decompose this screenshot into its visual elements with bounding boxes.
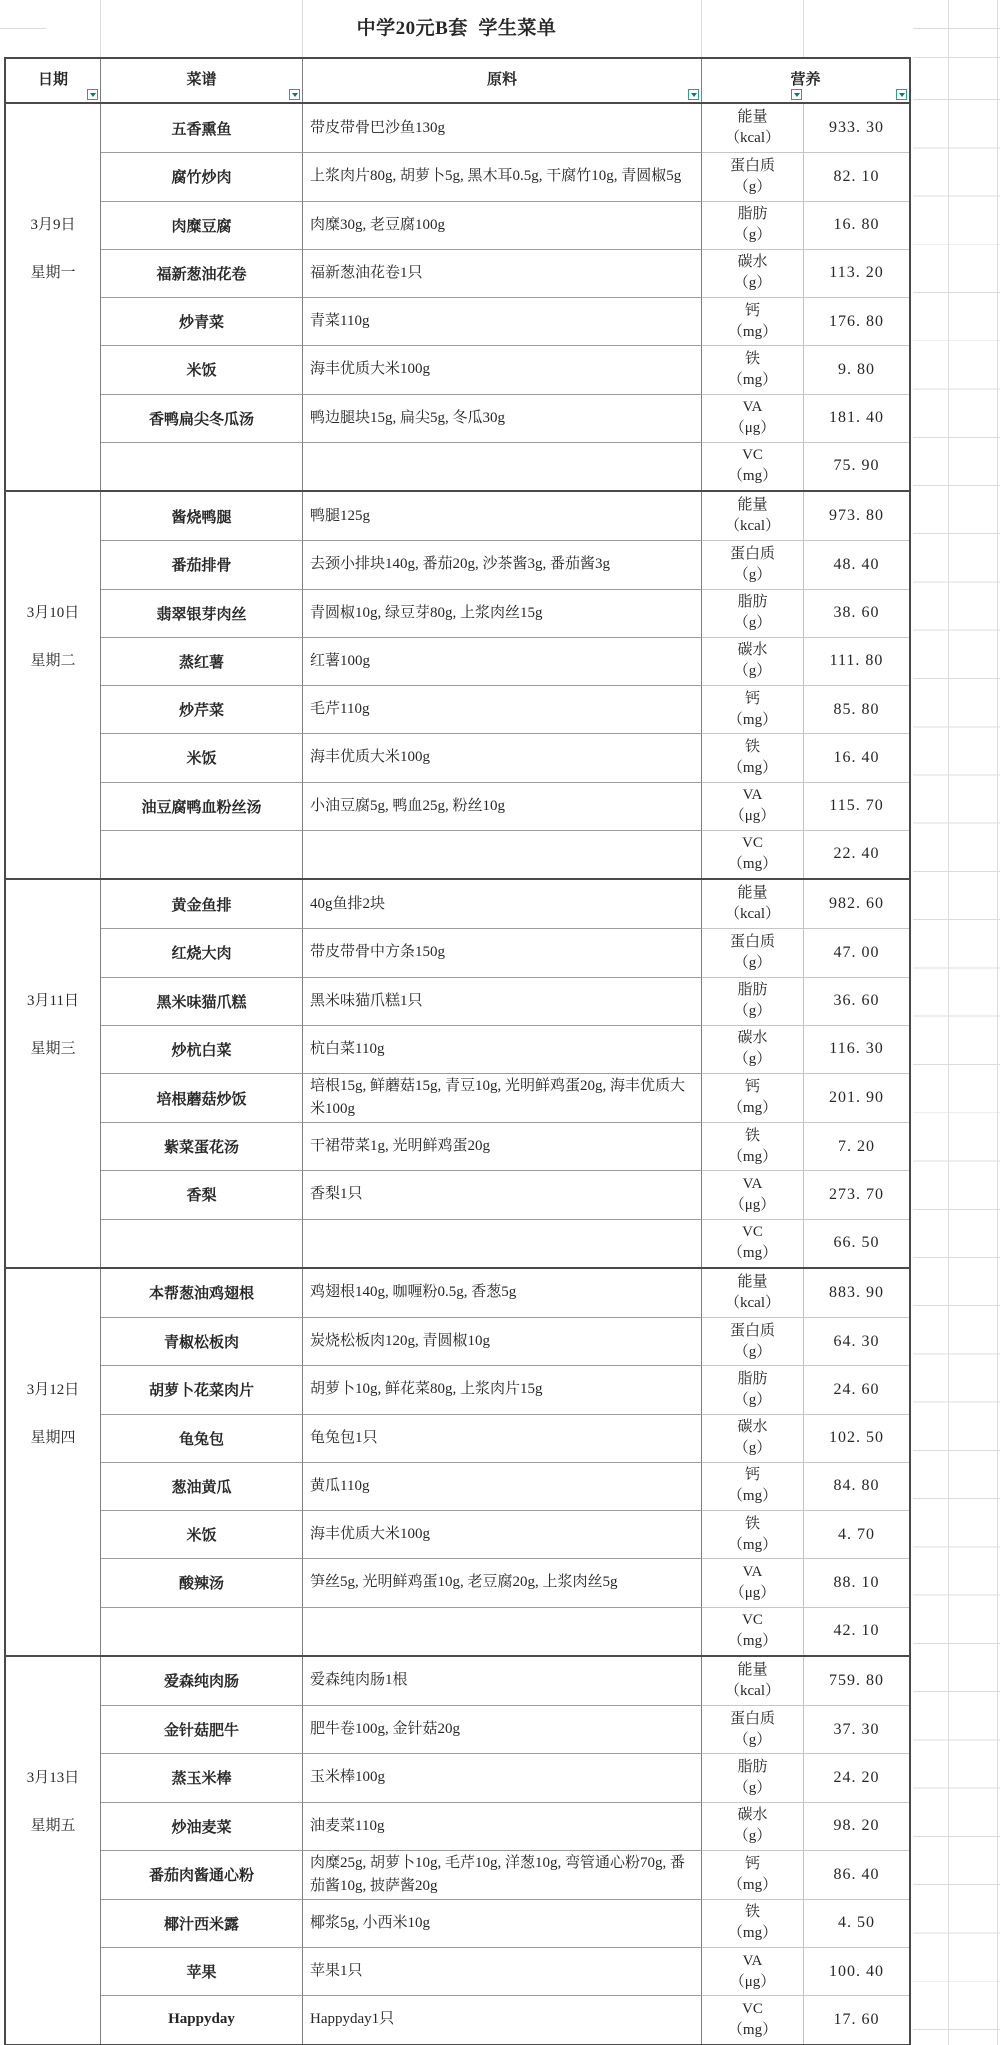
ingredients-cell[interactable]: 带皮带骨中方条150g [303, 928, 702, 976]
nutrient-name: VA [743, 1174, 763, 1195]
dish-cell[interactable]: 红烧大肉 [101, 928, 303, 976]
nutrient-unit: （mg） [728, 322, 777, 343]
date-text: 3月11日星期三 [27, 977, 79, 1074]
nutrient-label-cell[interactable]: 脂肪（g） [702, 977, 804, 1025]
dish-cell[interactable]: 香鸭扁尖冬瓜汤 [101, 394, 303, 442]
nutrient-name: 脂肪 [737, 204, 767, 225]
nutrient-label-cell[interactable]: 碳水（g） [702, 249, 804, 297]
ingredients-text: 干裙带菜1g, 光明鲜鸡蛋20g [310, 1135, 490, 1158]
nutrient-value-cell[interactable]: 38. 60 [804, 589, 909, 637]
nutrient-label-cell[interactable]: 能量（kcal） [702, 1269, 804, 1317]
ingredients-cell[interactable]: 青圆椒10g, 绿豆芽80g, 上浆肉丝15g [303, 589, 702, 637]
column-header-ingredients-label: 原料 [487, 68, 517, 89]
nutrient-value-cell[interactable]: 84. 80 [804, 1462, 909, 1510]
dish-cell[interactable]: 油豆腐鸭血粉丝汤 [101, 782, 303, 830]
nutrient-name: 钙 [745, 301, 760, 322]
nutrient-unit: （g） [734, 1001, 772, 1022]
ingredients-text: 香梨1只 [310, 1183, 363, 1206]
table-header: 日期 菜谱 原料 营养 [6, 59, 909, 104]
nutrient-name: 铁 [745, 349, 760, 370]
dish-cell[interactable]: 炒芹菜 [101, 685, 303, 733]
ingredients-cell[interactable]: 青菜110g [303, 297, 702, 345]
ingredients-text: 去颈小排块140g, 番茄20g, 沙茶酱3g, 番茄酱3g [310, 553, 610, 576]
ingredients-cell[interactable]: Happyday1只 [303, 1995, 702, 2043]
ingredients-text: Happyday1只 [310, 2008, 394, 2031]
nutrient-value-cell[interactable]: 982. 60 [804, 880, 909, 928]
dish-cell[interactable]: 本帮葱油鸡翅根 [101, 1269, 303, 1317]
nutrient-value-cell[interactable]: 86. 40 [804, 1850, 909, 1899]
ingredients-text: 40g鱼排2块 [310, 893, 385, 916]
nutrient-value-cell[interactable]: 85. 80 [804, 685, 909, 733]
nutrient-value-cell[interactable]: 113. 20 [804, 249, 909, 297]
nutrient-unit: （μg） [730, 806, 776, 827]
ingredients-cell[interactable] [303, 1607, 702, 1655]
ingredients-text: 肥牛卷100g, 金针菇20g [310, 1718, 460, 1741]
dish-cell[interactable]: 米饭 [101, 733, 303, 781]
ingredients-cell[interactable]: 上浆肉片80g, 胡萝卜5g, 黑木耳0.5g, 干腐竹10g, 青圆椒5g [303, 152, 702, 200]
dish-cell[interactable]: 培根蘑菇炒饭 [101, 1073, 303, 1122]
nutrient-value-cell[interactable]: 201. 90 [804, 1073, 909, 1122]
date-cell[interactable]: 3月11日星期三 [6, 880, 101, 1267]
dish-cell[interactable]: 番茄排骨 [101, 540, 303, 588]
nutrient-label-cell[interactable]: VC（mg） [702, 1219, 804, 1267]
nutrient-label-cell[interactable]: 脂肪（g） [702, 201, 804, 249]
nutrient-value-cell[interactable]: 759. 80 [804, 1657, 909, 1705]
nutrient-unit: （g） [734, 661, 772, 682]
nutrient-name: 钙 [745, 1465, 760, 1486]
nutrient-name: 钙 [745, 689, 760, 710]
nutrient-name: 能量 [737, 107, 767, 128]
filter-dropdown-icon[interactable] [791, 89, 802, 100]
nutrient-name: 脂肪 [737, 980, 767, 1001]
ingredients-text: 杭白菜110g [310, 1038, 384, 1061]
day-block: 3月12日星期四本帮葱油鸡翅根鸡翅根140g, 咖喱粉0.5g, 香葱5g能量（… [6, 1267, 909, 1655]
nutrient-unit: （mg） [728, 466, 777, 487]
ingredients-text: 龟兔包1只 [310, 1427, 378, 1450]
nutrient-unit: （mg） [728, 2020, 777, 2041]
ingredients-text: 鸭边腿块15g, 扁尖5g, 冬瓜30g [310, 407, 505, 430]
ingredients-text: 黄瓜110g [310, 1475, 369, 1498]
ingredients-cell[interactable]: 鸡翅根140g, 咖喱粉0.5g, 香葱5g [303, 1269, 702, 1317]
nutrient-value-cell[interactable]: 16. 80 [804, 201, 909, 249]
nutrient-label-cell[interactable]: 钙（mg） [702, 1073, 804, 1122]
nutrient-label-cell[interactable]: VA（μg） [702, 394, 804, 442]
nutrient-unit: （g） [734, 953, 772, 974]
nutrient-label-cell[interactable]: 脂肪（g） [702, 589, 804, 637]
dish-cell[interactable]: 黑米味猫爪糕 [101, 977, 303, 1025]
nutrient-label-cell[interactable]: 铁（mg） [702, 1510, 804, 1558]
nutrient-unit: （kcal） [725, 1681, 780, 1702]
ingredients-text: 带皮带骨中方条150g [310, 941, 445, 964]
nutrient-name: 蛋白质 [730, 932, 775, 953]
nutrient-unit: （μg） [730, 1195, 776, 1216]
nutrient-unit: （mg） [728, 1147, 777, 1168]
ingredients-cell[interactable]: 椰浆5g, 小西米10g [303, 1899, 702, 1947]
nutrient-unit: （mg） [728, 1243, 777, 1264]
date-text: 3月10日星期二 [27, 589, 80, 686]
ingredients-text: 苹果1只 [310, 1960, 363, 1983]
nutrient-label-cell[interactable]: 钙（mg） [702, 1850, 804, 1899]
nutrient-label-cell[interactable]: VC（mg） [702, 1607, 804, 1655]
nutrient-value-cell[interactable]: 82. 10 [804, 152, 909, 200]
nutrient-unit: （g） [734, 273, 772, 294]
date-label: 3月12日 [27, 1365, 80, 1413]
nutrient-name: 碳水 [737, 252, 767, 273]
nutrient-value-cell[interactable]: 116. 30 [804, 1025, 909, 1073]
date-cell[interactable]: 3月9日星期一 [6, 104, 101, 490]
ingredients-cell[interactable]: 龟兔包1只 [303, 1414, 702, 1462]
dish-cell[interactable]: 福新葱油花卷 [101, 249, 303, 297]
gridline [913, 28, 1000, 29]
dish-cell[interactable]: 胡萝卜花菜肉片 [101, 1365, 303, 1413]
nutrient-unit: （g） [734, 1342, 772, 1363]
nutrient-value-cell[interactable]: 102. 50 [804, 1414, 909, 1462]
nutrient-label-cell[interactable]: 蛋白质（g） [702, 1317, 804, 1365]
ingredients-cell[interactable]: 鸭边腿块15g, 扁尖5g, 冬瓜30g [303, 394, 702, 442]
ingredients-cell[interactable]: 去颈小排块140g, 番茄20g, 沙茶酱3g, 番茄酱3g [303, 540, 702, 588]
ingredients-cell[interactable]: 肥牛卷100g, 金针菇20g [303, 1705, 702, 1753]
menu-table: 日期 菜谱 原料 营养 3月9日星期一五香熏鱼带皮带骨巴沙鱼130g能量（kca… [4, 57, 911, 2045]
nutrient-value-cell[interactable]: 7. 20 [804, 1122, 909, 1170]
ingredients-cell[interactable]: 爱森纯肉肠1根 [303, 1657, 702, 1705]
ingredients-text: 炭烧松板肉120g, 青圆椒10g [310, 1330, 490, 1353]
ingredients-cell[interactable]: 海丰优质大米100g [303, 345, 702, 393]
nutrient-unit: （mg） [728, 710, 777, 731]
nutrient-label-cell[interactable]: VA（μg） [702, 1558, 804, 1606]
nutrient-unit: （g） [734, 1438, 772, 1459]
nutrient-label-cell[interactable]: 能量（kcal） [702, 880, 804, 928]
nutrient-label-cell[interactable]: 能量（kcal） [702, 104, 804, 152]
nutrient-label-cell[interactable]: 脂肪（g） [702, 1365, 804, 1413]
nutrient-name: 钙 [745, 1854, 760, 1875]
spreadsheet: 中学20元B套 学生菜单 日期 菜谱 原料 营养 3月9日星期一五香熏鱼带皮带骨… [0, 0, 1000, 2045]
nutrient-label-cell[interactable]: 碳水（g） [702, 637, 804, 685]
nutrient-label-cell[interactable]: 钙（mg） [702, 297, 804, 345]
ingredients-cell[interactable]: 小油豆腐5g, 鸭血25g, 粉丝10g [303, 782, 702, 830]
ingredients-cell[interactable]: 油麦菜110g [303, 1802, 702, 1850]
nutrient-label-cell[interactable]: 蛋白质（g） [702, 1705, 804, 1753]
dish-cell[interactable]: 炒青菜 [101, 297, 303, 345]
ingredients-cell[interactable]: 玉米棒100g [303, 1753, 702, 1801]
nutrient-value-cell[interactable]: 24. 20 [804, 1753, 909, 1801]
ingredients-cell[interactable]: 杭白菜110g [303, 1025, 702, 1073]
date-text: 3月12日星期四 [27, 1365, 80, 1462]
nutrient-value-cell[interactable]: 17. 60 [804, 1995, 909, 2043]
ingredients-cell[interactable]: 香梨1只 [303, 1170, 702, 1218]
nutrient-value-cell[interactable]: 100. 40 [804, 1947, 909, 1995]
nutrient-name: VC [742, 833, 763, 854]
nutrient-unit: （mg） [728, 1535, 777, 1556]
day-block: 3月11日星期三黄金鱼排40g鱼排2块能量（kcal）982. 60红烧大肉带皮… [6, 878, 909, 1267]
ingredients-text: 胡萝卜10g, 鲜花菜80g, 上浆肉片15g [310, 1378, 543, 1401]
ingredients-cell[interactable]: 鸭腿125g [303, 492, 702, 540]
ingredients-text: 福新葱油花卷1只 [310, 262, 423, 285]
ingredients-cell[interactable] [303, 1219, 702, 1267]
nutrient-label-cell[interactable]: 碳水（g） [702, 1025, 804, 1073]
weekday-label: 星期四 [27, 1414, 80, 1462]
column-header-date[interactable]: 日期 [6, 59, 101, 102]
ingredients-cell[interactable]: 干裙带菜1g, 光明鲜鸡蛋20g [303, 1122, 702, 1170]
ingredients-text: 上浆肉片80g, 胡萝卜5g, 黑木耳0.5g, 干腐竹10g, 青圆椒5g [310, 165, 681, 188]
nutrient-name: 铁 [745, 1514, 760, 1535]
weekday-label: 星期五 [27, 1802, 80, 1850]
nutrient-name: 铁 [745, 737, 760, 758]
nutrient-unit: （mg） [728, 370, 777, 391]
nutrient-value-cell[interactable]: 48. 40 [804, 540, 909, 588]
ingredients-text: 爱森纯肉肠1根 [310, 1669, 408, 1692]
nutrient-value-cell[interactable]: 111. 80 [804, 637, 909, 685]
nutrient-label-cell[interactable]: 脂肪（g） [702, 1753, 804, 1801]
weekday-label: 星期一 [30, 249, 75, 297]
nutrient-value-cell[interactable]: 883. 90 [804, 1269, 909, 1317]
nutrient-value-cell[interactable]: 64. 30 [804, 1317, 909, 1365]
nutrient-value-cell[interactable]: 973. 80 [804, 492, 909, 540]
nutrient-value-cell[interactable]: 176. 80 [804, 297, 909, 345]
nutrient-label-cell[interactable]: 蛋白质（g） [702, 152, 804, 200]
nutrient-label-cell[interactable]: 钙（mg） [702, 1462, 804, 1510]
nutrient-label-cell[interactable]: VC（mg） [702, 830, 804, 878]
nutrient-value-cell[interactable]: 88. 10 [804, 1558, 909, 1606]
nutrient-name: 碳水 [737, 1028, 767, 1049]
dish-cell[interactable]: 炒油麦菜 [101, 1802, 303, 1850]
ingredients-cell[interactable]: 笋丝5g, 光明鲜鸡蛋10g, 老豆腐20g, 上浆肉丝5g [303, 1558, 702, 1606]
nutrient-name: 脂肪 [737, 1369, 767, 1390]
date-label: 3月10日 [27, 589, 80, 637]
nutrient-name: VA [743, 785, 763, 806]
dish-cell[interactable]: 蒸玉米棒 [101, 1753, 303, 1801]
column-header-menu[interactable]: 菜谱 [101, 59, 303, 102]
nutrient-label-cell[interactable]: 铁（mg） [702, 733, 804, 781]
dish-cell[interactable]: 龟兔包 [101, 1414, 303, 1462]
ingredients-cell[interactable] [303, 442, 702, 490]
date-cell[interactable]: 3月13日星期五 [6, 1657, 101, 2044]
nutrient-name: VC [742, 1222, 763, 1243]
nutrient-label-cell[interactable]: 铁（mg） [702, 345, 804, 393]
nutrient-name: 蛋白质 [730, 156, 775, 177]
dish-cell[interactable]: 酱烧鸭腿 [101, 492, 303, 540]
nutrient-name: 能量 [737, 1272, 767, 1293]
nutrient-name: 蛋白质 [730, 1321, 775, 1342]
nutrient-name: VA [743, 1951, 763, 1972]
ingredients-cell[interactable]: 培根15g, 鲜蘑菇15g, 青豆10g, 光明鲜鸡蛋20g, 海丰优质大米10… [303, 1073, 702, 1122]
column-header-ingredients[interactable]: 原料 [303, 59, 702, 102]
ingredients-text: 毛芹110g [310, 698, 369, 721]
nutrient-name: 碳水 [737, 1417, 767, 1438]
ingredients-cell[interactable]: 黄瓜110g [303, 1462, 702, 1510]
dish-cell[interactable] [101, 442, 303, 490]
nutrient-unit: （μg） [730, 1583, 776, 1604]
ingredients-cell[interactable]: 黑米味猫爪糕1只 [303, 977, 702, 1025]
nutrient-label-cell[interactable]: VC（mg） [702, 1995, 804, 2043]
nutrient-name: 蛋白质 [730, 544, 775, 565]
nutrient-value-cell[interactable]: 16. 40 [804, 733, 909, 781]
dish-cell[interactable]: 酸辣汤 [101, 1558, 303, 1606]
nutrient-value-cell[interactable]: 75. 90 [804, 442, 909, 490]
date-label: 3月11日 [27, 977, 79, 1025]
dish-cell[interactable]: 米饭 [101, 345, 303, 393]
nutrient-label-cell[interactable]: 能量（kcal） [702, 1657, 804, 1705]
nutrient-unit: （mg） [728, 1486, 777, 1507]
nutrient-name: VA [743, 1562, 763, 1583]
column-header-nutrition-label: 营养 [790, 68, 820, 89]
nutrient-label-cell[interactable]: VA（μg） [702, 1170, 804, 1218]
date-label: 3月13日 [27, 1754, 80, 1802]
nutrient-name: 碳水 [737, 640, 767, 661]
nutrient-unit: （g） [734, 613, 772, 634]
nutrient-value-cell[interactable]: 4. 70 [804, 1510, 909, 1558]
date-label: 3月9日 [30, 201, 75, 249]
dish-cell[interactable]: 椰汁西米露 [101, 1899, 303, 1947]
page-title: 中学20元B套 学生菜单 [4, 13, 909, 40]
nutrient-label-cell[interactable]: 蛋白质（g） [702, 540, 804, 588]
ingredients-cell[interactable]: 海丰优质大米100g [303, 733, 702, 781]
dish-cell[interactable]: 金针菇肥牛 [101, 1705, 303, 1753]
nutrient-value-cell[interactable]: 22. 40 [804, 830, 909, 878]
dish-cell[interactable]: 五香熏鱼 [101, 104, 303, 152]
nutrient-label-cell[interactable]: VA（μg） [702, 782, 804, 830]
ingredients-text: 黑米味猫爪糕1只 [310, 990, 423, 1013]
filter-dropdown-icon[interactable] [289, 89, 300, 100]
nutrient-name: 能量 [737, 883, 767, 904]
ingredients-text: 海丰优质大米100g [310, 1523, 430, 1546]
dish-cell[interactable]: 黄金鱼排 [101, 880, 303, 928]
ingredients-cell[interactable]: 带皮带骨巴沙鱼130g [303, 104, 702, 152]
nutrient-name: VC [742, 1999, 763, 2020]
dish-cell[interactable]: 紫菜蛋花汤 [101, 1122, 303, 1170]
ingredients-cell[interactable]: 福新葱油花卷1只 [303, 249, 702, 297]
nutrient-name: 脂肪 [737, 1757, 767, 1778]
nutrient-name: VA [743, 397, 763, 418]
nutrient-unit: （kcal） [725, 516, 780, 537]
weekday-label: 星期二 [27, 637, 80, 685]
nutrient-unit: （mg） [728, 1923, 777, 1944]
dish-cell[interactable]: 肉糜豆腐 [101, 201, 303, 249]
ingredients-cell[interactable]: 毛芹110g [303, 685, 702, 733]
dish-cell[interactable]: Happyday [101, 1995, 303, 2043]
nutrient-name: 铁 [745, 1902, 760, 1923]
filter-dropdown-icon[interactable] [87, 89, 98, 100]
weekday-label: 星期三 [27, 1025, 79, 1073]
dish-cell[interactable]: 苹果 [101, 1947, 303, 1995]
dish-cell[interactable]: 翡翠银芽肉丝 [101, 589, 303, 637]
nutrient-unit: （g） [734, 1778, 772, 1799]
nutrient-label-cell[interactable]: 钙（mg） [702, 685, 804, 733]
nutrient-value-cell[interactable]: 36. 60 [804, 977, 909, 1025]
nutrient-unit: （mg） [728, 1875, 777, 1896]
nutrient-label-cell[interactable]: 铁（mg） [702, 1899, 804, 1947]
nutrient-label-cell[interactable]: VC（mg） [702, 442, 804, 490]
ingredients-text: 笋丝5g, 光明鲜鸡蛋10g, 老豆腐20g, 上浆肉丝5g [310, 1571, 618, 1594]
nutrient-unit: （g） [734, 1826, 772, 1847]
nutrient-unit: （mg） [728, 1098, 777, 1119]
nutrient-label-cell[interactable]: 碳水（g） [702, 1802, 804, 1850]
nutrient-unit: （g） [734, 565, 772, 586]
nutrient-label-cell[interactable]: VA（μg） [702, 1947, 804, 1995]
dish-cell[interactable]: 葱油黄瓜 [101, 1462, 303, 1510]
ingredients-cell[interactable] [303, 830, 702, 878]
nutrient-value-cell[interactable]: 47. 00 [804, 928, 909, 976]
ingredients-text: 鸡翅根140g, 咖喱粉0.5g, 香葱5g [310, 1281, 516, 1304]
nutrient-name: 蛋白质 [730, 1709, 775, 1730]
ingredients-text: 青圆椒10g, 绿豆芽80g, 上浆肉丝15g [310, 602, 543, 625]
ingredients-text: 青菜110g [310, 310, 369, 333]
nutrient-value-cell[interactable]: 98. 20 [804, 1802, 909, 1850]
nutrient-name: 碳水 [737, 1805, 767, 1826]
ingredients-cell[interactable]: 苹果1只 [303, 1947, 702, 1995]
ingredients-cell[interactable]: 海丰优质大米100g [303, 1510, 702, 1558]
ingredients-cell[interactable]: 胡萝卜10g, 鲜花菜80g, 上浆肉片15g [303, 1365, 702, 1413]
nutrient-value-cell[interactable]: 181. 40 [804, 394, 909, 442]
nutrient-value-cell[interactable]: 37. 30 [804, 1705, 909, 1753]
nutrient-value-cell[interactable]: 273. 70 [804, 1170, 909, 1218]
date-cell[interactable]: 3月10日星期二 [6, 492, 101, 878]
nutrient-value-cell[interactable]: 115. 70 [804, 782, 909, 830]
grid-margin [913, 100, 1000, 2041]
ingredients-cell[interactable]: 40g鱼排2块 [303, 880, 702, 928]
ingredients-cell[interactable]: 炭烧松板肉120g, 青圆椒10g [303, 1317, 702, 1365]
dish-cell[interactable] [101, 830, 303, 878]
day-block: 3月10日星期二酱烧鸭腿鸭腿125g能量（kcal）973. 80番茄排骨去颈小… [6, 490, 909, 878]
nutrient-unit: （g） [734, 1730, 772, 1751]
date-cell[interactable]: 3月12日星期四 [6, 1269, 101, 1655]
filter-dropdown-icon[interactable] [896, 89, 907, 100]
dish-cell[interactable]: 青椒松板肉 [101, 1317, 303, 1365]
nutrient-label-cell[interactable]: 铁（mg） [702, 1122, 804, 1170]
nutrient-unit: （mg） [728, 758, 777, 779]
ingredients-text: 鸭腿125g [310, 505, 370, 528]
nutrient-unit: （kcal） [725, 904, 780, 925]
dish-cell[interactable] [101, 1219, 303, 1267]
nutrient-name: 钙 [745, 1077, 760, 1098]
dish-cell[interactable]: 炒杭白菜 [101, 1025, 303, 1073]
ingredients-cell[interactable]: 肉糜30g, 老豆腐100g [303, 201, 702, 249]
nutrient-value-cell[interactable]: 933. 30 [804, 104, 909, 152]
ingredients-text: 海丰优质大米100g [310, 358, 430, 381]
ingredients-text: 培根15g, 鲜蘑菇15g, 青豆10g, 光明鲜鸡蛋20g, 海丰优质大米10… [310, 1075, 694, 1121]
date-text: 3月9日星期一 [30, 201, 75, 298]
nutrient-value-cell[interactable]: 4. 50 [804, 1899, 909, 1947]
dish-cell[interactable]: 米饭 [101, 1510, 303, 1558]
nutrient-value-cell[interactable]: 9. 80 [804, 345, 909, 393]
gridline [913, 57, 1000, 58]
filter-dropdown-icon[interactable] [688, 89, 699, 100]
nutrient-unit: （g） [734, 177, 772, 198]
nutrient-name: 能量 [737, 1660, 767, 1681]
nutrient-label-cell[interactable]: 碳水（g） [702, 1414, 804, 1462]
dish-cell[interactable] [101, 1607, 303, 1655]
column-header-nutrition[interactable]: 营养 [702, 59, 909, 102]
nutrient-unit: （kcal） [725, 128, 780, 149]
nutrient-value-cell[interactable]: 42. 10 [804, 1607, 909, 1655]
ingredients-cell[interactable]: 红薯100g [303, 637, 702, 685]
ingredients-cell[interactable]: 肉糜25g, 胡萝卜10g, 毛芹10g, 洋葱10g, 弯管通心粉70g, 番… [303, 1850, 702, 1899]
nutrient-unit: （mg） [728, 1631, 777, 1652]
nutrient-label-cell[interactable]: 蛋白质（g） [702, 928, 804, 976]
nutrient-value-cell[interactable]: 66. 50 [804, 1219, 909, 1267]
ingredients-text: 油麦菜110g [310, 1815, 384, 1838]
ingredients-text: 红薯100g [310, 650, 370, 673]
nutrient-value-cell[interactable]: 24. 60 [804, 1365, 909, 1413]
nutrient-label-cell[interactable]: 能量（kcal） [702, 492, 804, 540]
dish-cell[interactable]: 番茄肉酱通心粉 [101, 1850, 303, 1899]
dish-cell[interactable]: 腐竹炒肉 [101, 152, 303, 200]
dish-cell[interactable]: 爱森纯肉肠 [101, 1657, 303, 1705]
nutrient-unit: （μg） [730, 1972, 776, 1993]
dish-cell[interactable]: 香梨 [101, 1170, 303, 1218]
dish-cell[interactable]: 蒸红薯 [101, 637, 303, 685]
ingredients-text: 带皮带骨巴沙鱼130g [310, 117, 445, 140]
ingredients-text: 小油豆腐5g, 鸭血25g, 粉丝10g [310, 795, 505, 818]
